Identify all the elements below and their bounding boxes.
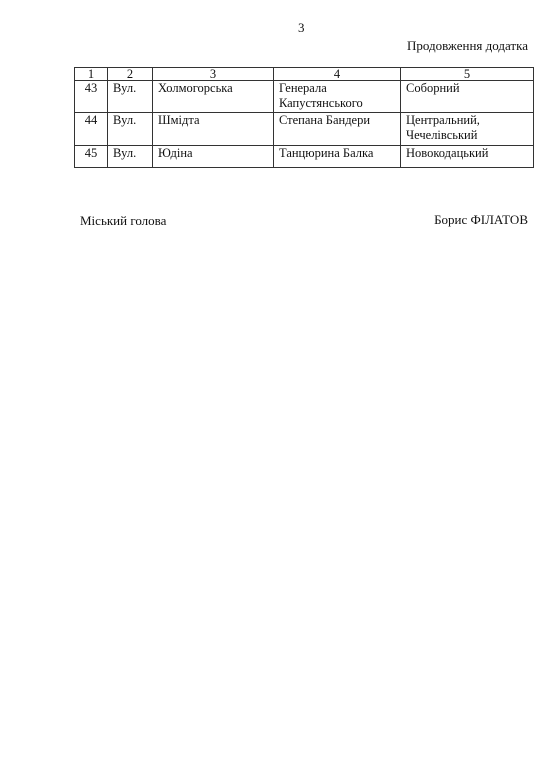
- column-header: 4: [274, 68, 401, 81]
- street-type: Вул.: [108, 81, 153, 113]
- table-row: 43 Вул. Холмогорська Генерала Капустянсь…: [75, 81, 534, 113]
- continuation-label: Продовження додатка: [407, 38, 528, 54]
- street-type: Вул.: [108, 146, 153, 168]
- signatory-title: Міський голова: [80, 213, 166, 229]
- row-number: 45: [75, 146, 108, 168]
- old-name: Шмідта: [153, 113, 274, 146]
- column-header: 2: [108, 68, 153, 81]
- appendix-table: 1 2 3 4 5 43 Вул. Холмогорська Генерала …: [74, 67, 534, 168]
- table-row: 45 Вул. Юдіна Танцюрина Балка Новокодаць…: [75, 146, 534, 168]
- new-name: Генерала Капустянського: [274, 81, 401, 113]
- page-number: 3: [298, 20, 305, 36]
- row-number: 44: [75, 113, 108, 146]
- district: Новокодацький: [401, 146, 534, 168]
- new-name: Танцюрина Балка: [274, 146, 401, 168]
- street-type: Вул.: [108, 113, 153, 146]
- old-name: Холмогорська: [153, 81, 274, 113]
- table-header-row: 1 2 3 4 5: [75, 68, 534, 81]
- signatory-name: Борис ФІЛАТОВ: [434, 212, 528, 228]
- column-header: 3: [153, 68, 274, 81]
- table-row: 44 Вул. Шмідта Степана Бандери Центральн…: [75, 113, 534, 146]
- row-number: 43: [75, 81, 108, 113]
- new-name: Степана Бандери: [274, 113, 401, 146]
- column-header: 1: [75, 68, 108, 81]
- old-name: Юдіна: [153, 146, 274, 168]
- column-header: 5: [401, 68, 534, 81]
- district: Соборний: [401, 81, 534, 113]
- district: Центральний, Чечелівський: [401, 113, 534, 146]
